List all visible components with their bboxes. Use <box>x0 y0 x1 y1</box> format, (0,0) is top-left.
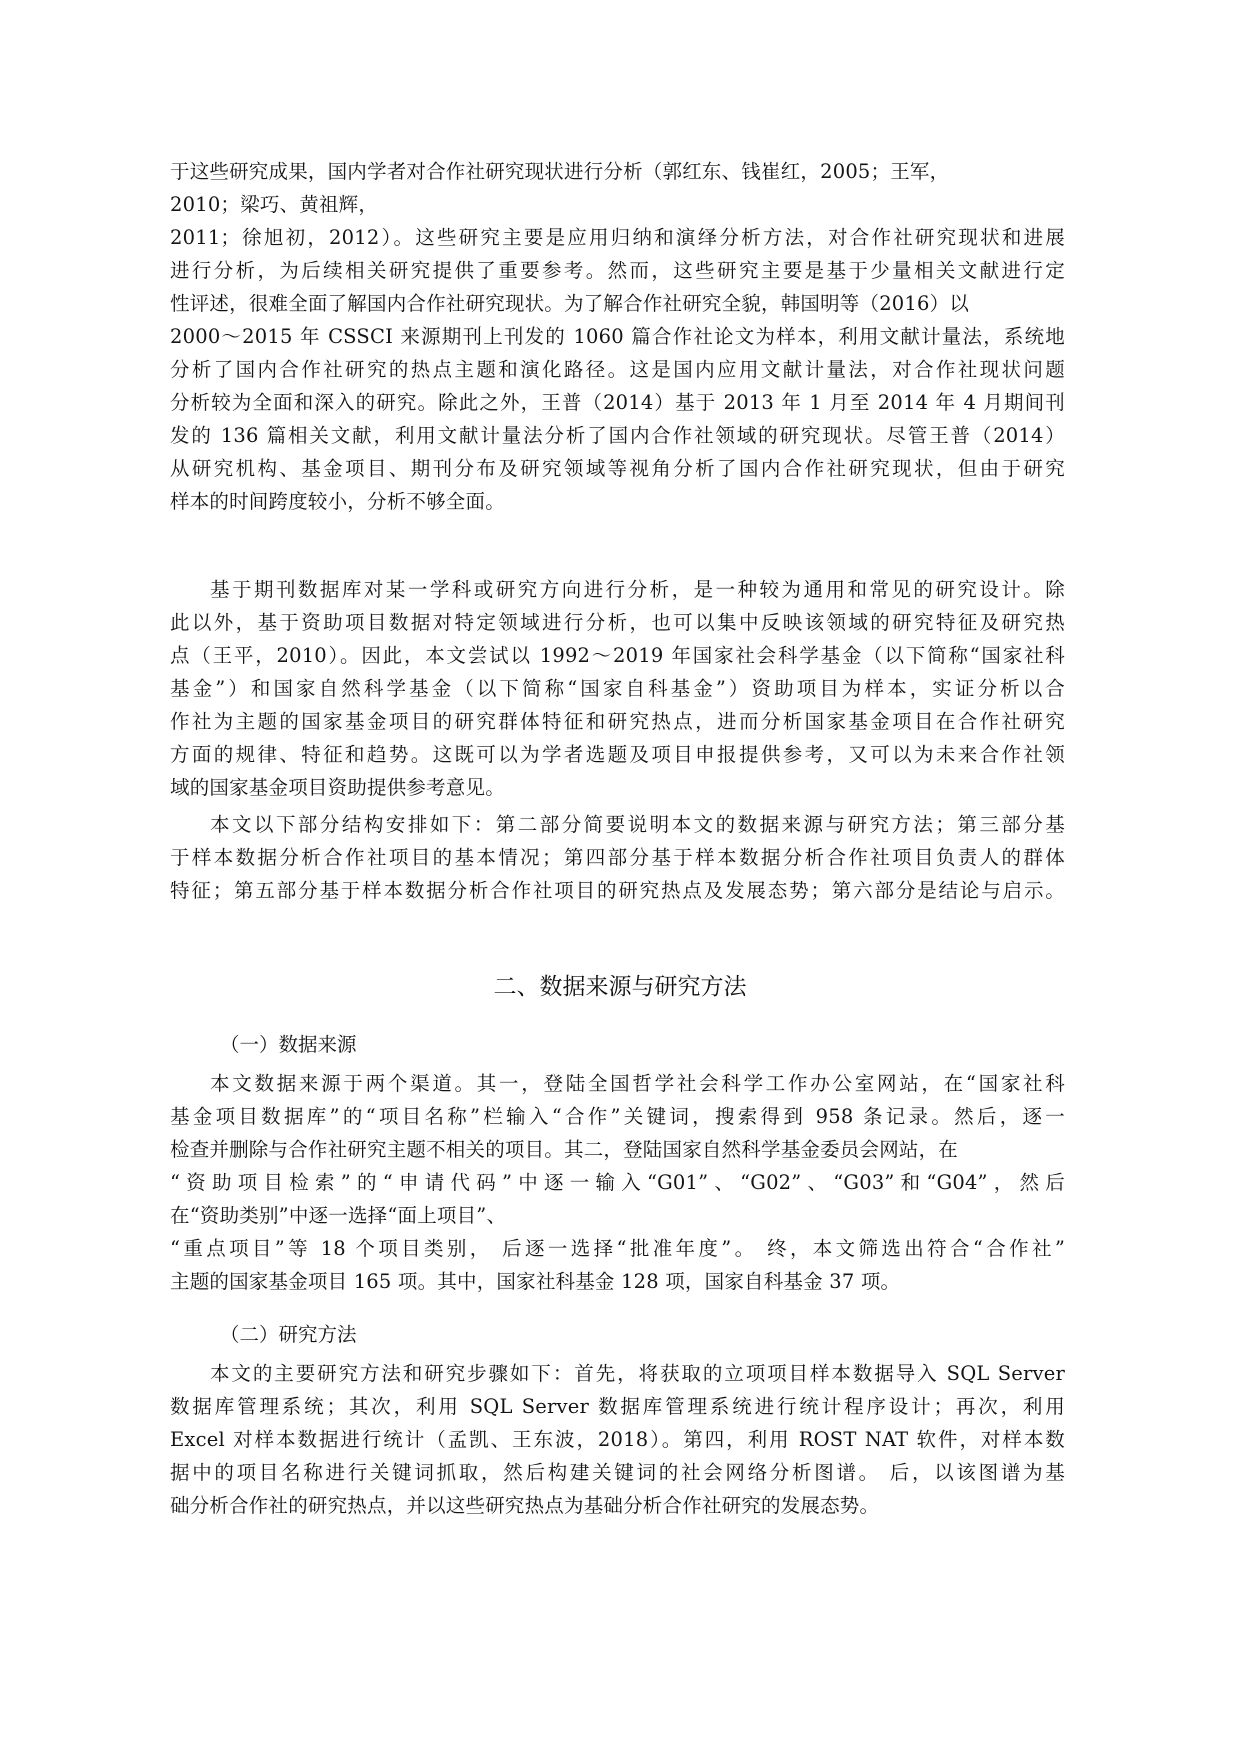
subsection-heading-data-source: （一）数据来源 <box>220 1032 357 1058</box>
text-line: 主题的国家基金项目 165 项。其中，国家社科基金 128 项，国家自科基金 3… <box>170 1270 1070 1294</box>
text-line: 本文以下部分结构安排如下：第二部分简要说明本文的数据来源与研究方法；第三部分基 <box>210 813 1065 837</box>
text-line: 发的 136 篇相关文献，利用文献计量法分析了国内合作社领域的研究现状。尽管王普… <box>170 424 1065 448</box>
text-line: 2011；徐旭初，2012）。这些研究主要是应用归纳和演绎分析方法，对合作社研究… <box>170 226 1065 250</box>
text-line: 基金项目数据库”的“项目名称”栏输入“合作”关键词，搜索得到 958 条记录。然… <box>170 1105 1065 1129</box>
text-line: 基金”）和国家自然科学基金（以下简称“国家自科基金”）资助项目为样本，实证分析以… <box>170 677 1065 701</box>
text-line: 础分析合作社的研究热点，并以这些研究热点为基础分析合作社研究的发展态势。 <box>170 1494 1070 1518</box>
subsection-heading-research-method: （二）研究方法 <box>220 1322 357 1348</box>
text-line: 于样本数据分析合作社项目的基本情况；第四部分基于样本数据分析合作社项目负责人的群… <box>170 846 1065 870</box>
text-line: 在“资助类别”中逐一选择“面上项目”、 <box>170 1204 1070 1228</box>
text-line: “重点项目”等 18 个项目类别， 后逐一选择“批准年度”。 终，本文筛选出符合… <box>170 1237 1065 1261</box>
text-line: 于这些研究成果，国内学者对合作社研究现状进行分析（郭红东、钱崔红，2005；王军… <box>170 160 1070 184</box>
text-line: 进行分析，为后续相关研究提供了重要参考。然而，这些研究主要是基于少量相关文献进行… <box>170 259 1065 283</box>
text-line: 基于期刊数据库对某一学科或研究方向进行分析，是一种较为通用和常见的研究设计。除 <box>210 578 1065 602</box>
text-line: 分析了国内合作社研究的热点主题和演化路径。这是国内应用文献计量法，对合作社现状问… <box>170 358 1065 382</box>
text-line: 方面的规律、特征和趋势。这既可以为学者选题及项目申报提供参考，又可以为未来合作社… <box>170 743 1065 767</box>
text-line: 本文数据来源于两个渠道。其一，登陆全国哲学社会科学工作办公室网站，在“国家社科 <box>210 1072 1065 1096</box>
text-line: 从研究机构、基金项目、期刊分布及研究领域等视角分析了国内合作社研究现状，但由于研… <box>170 457 1065 481</box>
text-line: 分析较为全面和深入的研究。除此之外，王普（2014）基于 2013 年 1 月至… <box>170 391 1065 415</box>
section-heading: 二、数据来源与研究方法 <box>0 972 1240 1002</box>
text-line: 作社为主题的国家基金项目的研究群体特征和研究热点，进而分析国家基金项目在合作社研… <box>170 710 1065 734</box>
text-line: 据中的项目名称进行关键词抓取，然后构建关键词的社会网络分析图谱。 后，以该图谱为… <box>170 1461 1065 1485</box>
text-line: 样本的时间跨度较小，分析不够全面。 <box>170 490 1070 514</box>
document-page: 于这些研究成果，国内学者对合作社研究现状进行分析（郭红东、钱崔红，2005；王军… <box>0 0 1240 1754</box>
text-line: 2010；梁巧、黄祖辉， <box>170 193 1070 217</box>
text-line: 数据库管理系统；其次，利用 SQL Server 数据库管理系统进行统计程序设计… <box>170 1395 1065 1419</box>
text-line: 2000～2015 年 CSSCI 来源期刊上刊发的 1060 篇合作社论文为样… <box>170 325 1065 349</box>
text-line: “资助项目检索”的“申请代码”中逐一输入“G01”、“G02”、“G03”和“G… <box>170 1171 1065 1195</box>
text-line: 此以外，基于资助项目数据对特定领域进行分析，也可以集中反映该领域的研究特征及研究… <box>170 611 1065 635</box>
text-line: 性评述，很难全面了解国内合作社研究现状。为了解合作社研究全貌，韩国明等（2016… <box>170 292 1070 316</box>
text-line: 本文的主要研究方法和研究步骤如下：首先，将获取的立项项目样本数据导入 SQL S… <box>210 1362 1065 1386</box>
text-line: 点（王平，2010）。因此，本文尝试以 1992～2019 年国家社会科学基金（… <box>170 644 1065 668</box>
text-line: 特征；第五部分基于样本数据分析合作社项目的研究热点及发展态势；第六部分是结论与启… <box>170 879 1065 903</box>
text-line: Excel 对样本数据进行统计（孟凯、王东波，2018）。第四，利用 ROST … <box>170 1428 1065 1452</box>
text-line: 域的国家基金项目资助提供参考意见。 <box>170 776 1070 800</box>
text-line: 检查并删除与合作社研究主题不相关的项目。其二，登陆国家自然科学基金委员会网站，在 <box>170 1138 1070 1162</box>
